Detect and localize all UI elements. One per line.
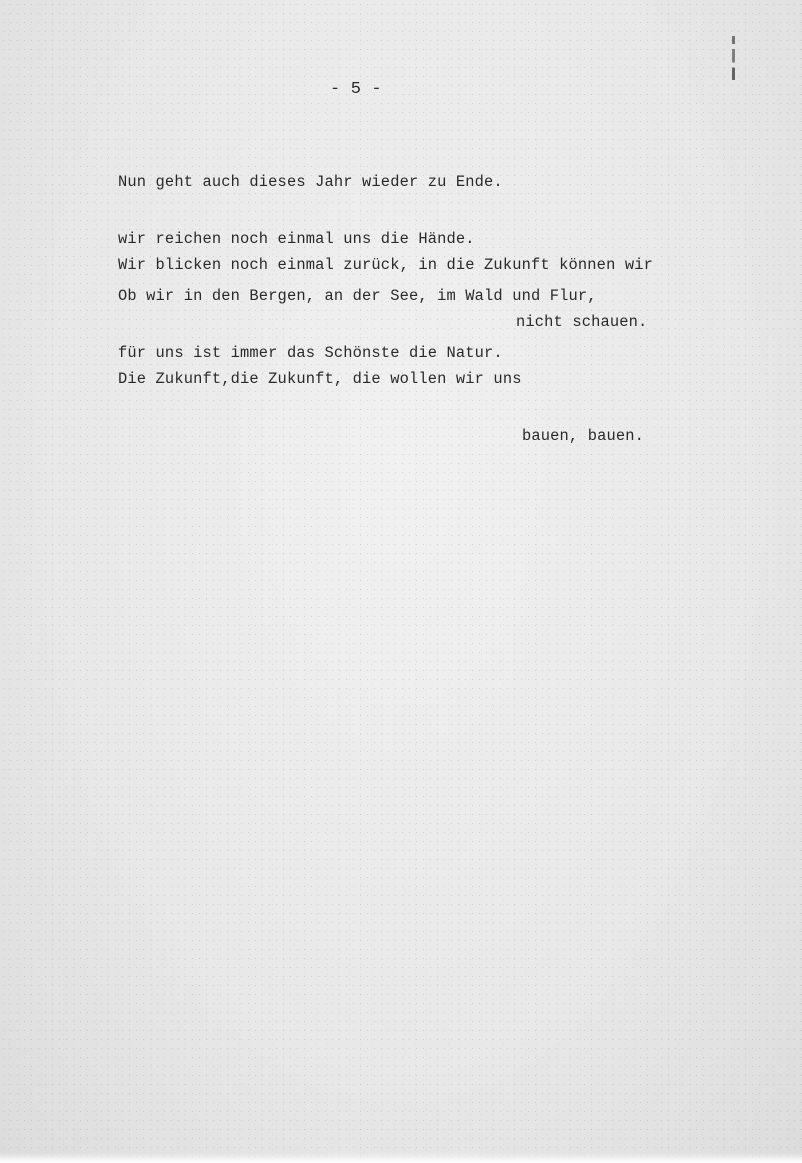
- page-number: - 5 -: [330, 80, 382, 99]
- margin-ink-mark: [732, 36, 735, 80]
- poem-stanza-2: Wir blicken noch einmal zurück, in die Z…: [118, 218, 653, 484]
- document-page: - 5 - Nun geht auch dieses Jahr wieder z…: [0, 0, 802, 1163]
- poem-line: Die Zukunft,die Zukunft, die wollen wir …: [118, 370, 653, 389]
- page-bottom-edge: [0, 1153, 802, 1163]
- poem-line-continuation: nicht schauen.: [118, 313, 653, 332]
- poem-line-continuation: bauen, bauen.: [118, 427, 653, 446]
- poem-line: Nun geht auch dieses Jahr wieder zu Ende…: [118, 173, 597, 192]
- poem-line: Wir blicken noch einmal zurück, in die Z…: [118, 256, 653, 275]
